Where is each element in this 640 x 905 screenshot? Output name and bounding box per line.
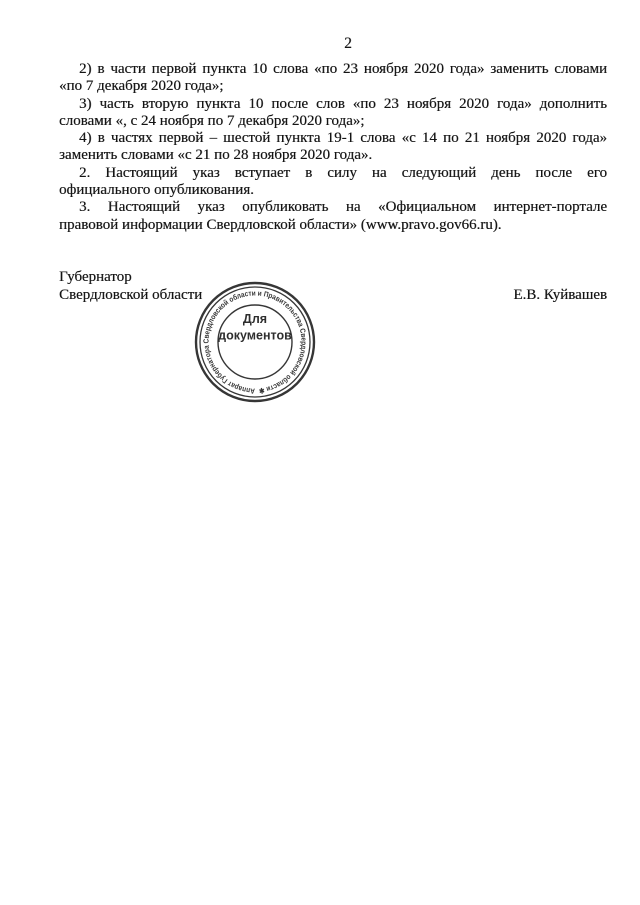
- stamp-center-text-line1: Для: [243, 312, 267, 326]
- signature-name: Е.В. Куйвашев: [513, 287, 607, 305]
- text-line: 2) в части первой пункта 10 слова «по 23…: [59, 61, 607, 78]
- text-line: 4) в частях первой – шестой пункта 19-1 …: [59, 130, 607, 147]
- signature-line2: Свердловской области Е.В. Куйвашев: [59, 287, 607, 305]
- page-number: 2: [336, 35, 360, 53]
- text-line: словами «, с 24 ноября по 7 декабря 2020…: [59, 113, 607, 130]
- signature-role-line2: Свердловской области: [59, 287, 202, 305]
- text-line: «по 7 декабря 2020 года»;: [59, 78, 607, 95]
- signature-role-line1: Губернатор: [59, 269, 607, 287]
- signature-block: Губернатор Свердловской области Е.В. Куй…: [59, 269, 607, 305]
- text-line: 2. Настоящий указ вступает в силу на сле…: [59, 165, 607, 182]
- document-body: 2) в части первой пункта 10 слова «по 23…: [59, 61, 607, 234]
- stamp-center-text-line2: документов: [218, 329, 292, 343]
- document-page: 2 2) в части первой пункта 10 слова «по …: [0, 0, 640, 905]
- text-line: 3) часть вторую пункта 10 после слов «по…: [59, 96, 607, 113]
- official-stamp: Аппарат Губернатора Свердловской области…: [190, 277, 320, 407]
- text-line: официального опубликования.: [59, 182, 607, 199]
- text-line: 3. Настоящий указ опубликовать на «Офици…: [59, 199, 607, 216]
- text-line: правовой информации Свердловской области…: [59, 217, 607, 234]
- text-line: заменить словами «с 21 по 28 ноября 2020…: [59, 147, 607, 164]
